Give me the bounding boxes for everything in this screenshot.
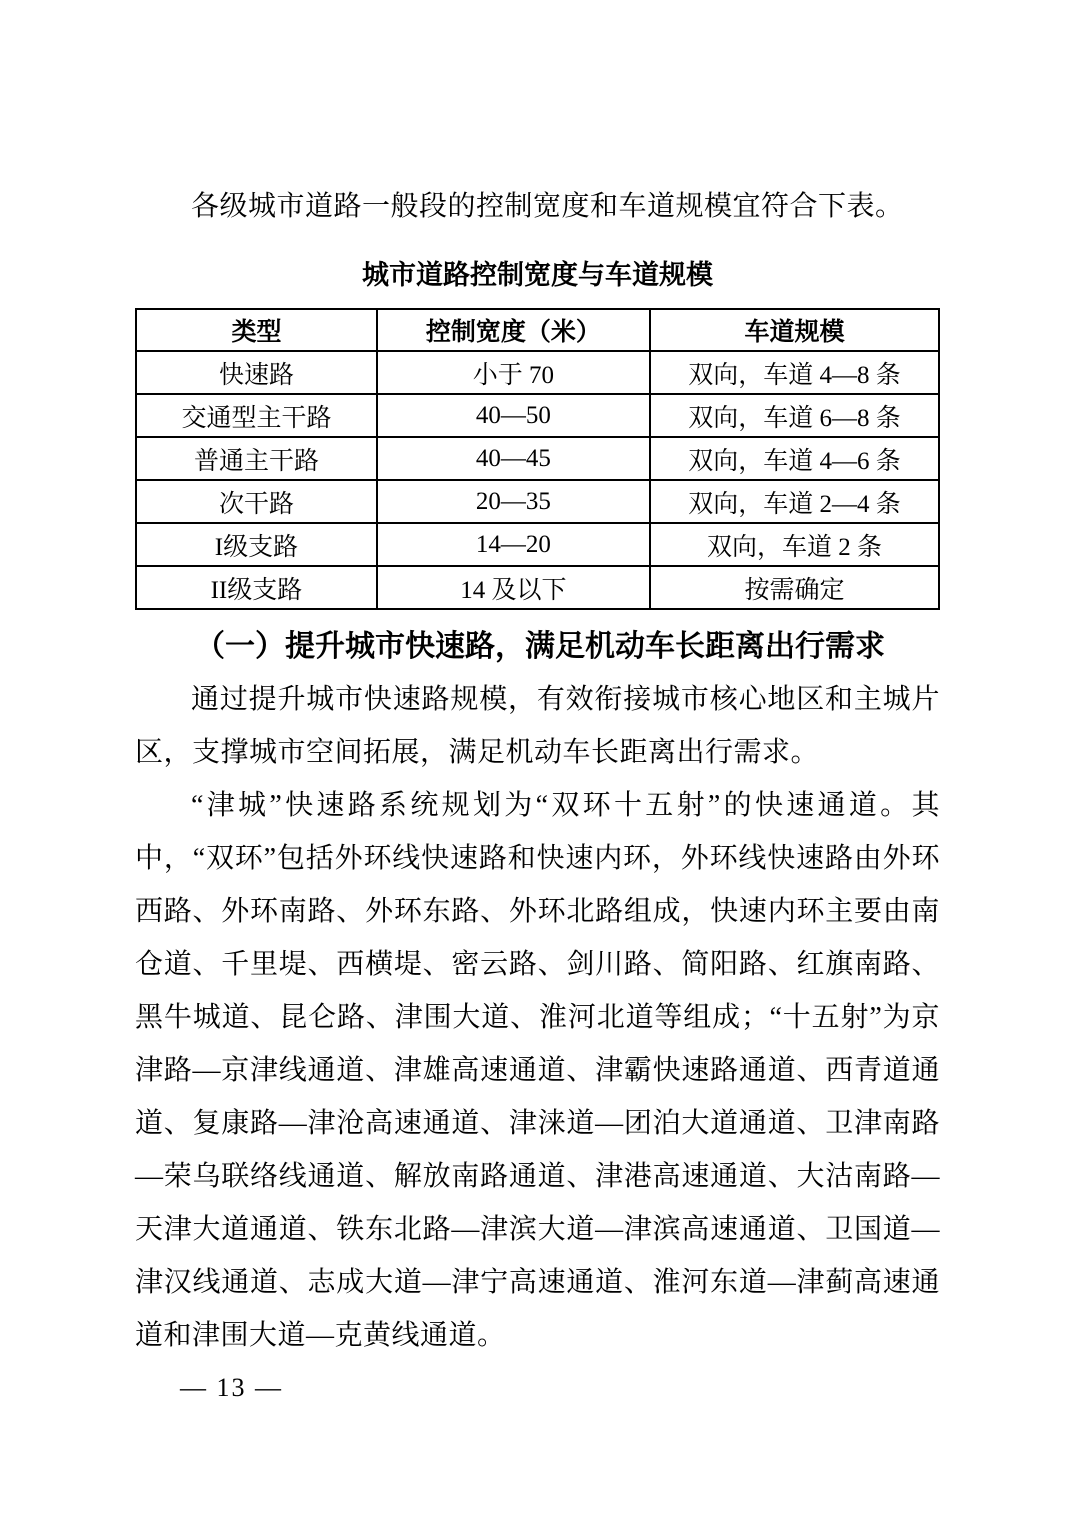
cell-type: 快速路 xyxy=(136,351,377,394)
cell-width: 40—50 xyxy=(377,394,650,437)
cell-width: 14—20 xyxy=(377,523,650,566)
cell-width: 14 及以下 xyxy=(377,566,650,609)
cell-lanes: 双向，车道 6—8 条 xyxy=(650,394,939,437)
table-header-row: 类型 控制宽度（米） 车道规模 xyxy=(136,309,939,351)
table-row: 交通型主干路 40—50 双向，车道 6—8 条 xyxy=(136,394,939,437)
cell-lanes: 双向，车道 2 条 xyxy=(650,523,939,566)
table-row: 次干路 20—35 双向，车道 2—4 条 xyxy=(136,480,939,523)
cell-type: 交通型主干路 xyxy=(136,394,377,437)
cell-width: 40—45 xyxy=(377,437,650,480)
section-heading: （一）提升城市快速路，满足机动车长距离出行需求 xyxy=(135,620,940,673)
header-control-width: 控制宽度（米） xyxy=(377,309,650,351)
header-lane-scale: 车道规模 xyxy=(650,309,939,351)
cell-lanes: 双向，车道 4—8 条 xyxy=(650,351,939,394)
cell-lanes: 双向，车道 2—4 条 xyxy=(650,480,939,523)
table-row: 快速路 小于 70 双向，车道 4—8 条 xyxy=(136,351,939,394)
cell-type: 次干路 xyxy=(136,480,377,523)
cell-type: II级支路 xyxy=(136,566,377,609)
page-number: — 13 — xyxy=(135,1370,940,1406)
cell-width: 20—35 xyxy=(377,480,650,523)
cell-width: 小于 70 xyxy=(377,351,650,394)
cell-type: 普通主干路 xyxy=(136,437,377,480)
table-row: I级支路 14—20 双向，车道 2 条 xyxy=(136,523,939,566)
header-type: 类型 xyxy=(136,309,377,351)
road-control-table: 类型 控制宽度（米） 车道规模 快速路 小于 70 双向，车道 4—8 条 交通… xyxy=(135,308,940,610)
table-title: 城市道路控制宽度与车道规模 xyxy=(135,255,940,295)
table-row: II级支路 14 及以下 按需确定 xyxy=(136,566,939,609)
cell-type: I级支路 xyxy=(136,523,377,566)
paragraph-expressway-goal: 通过提升城市快速路规模，有效衔接城市核心地区和主城片区，支撑城市空间拓展，满足机… xyxy=(135,673,940,779)
intro-paragraph: 各级城市道路一般段的控制宽度和车道规模宜符合下表。 xyxy=(135,180,940,233)
cell-lanes: 按需确定 xyxy=(650,566,939,609)
document-page: 各级城市道路一般段的控制宽度和车道规模宜符合下表。 城市道路控制宽度与车道规模 … xyxy=(0,0,1074,1520)
paragraph-expressway-network: “津城”快速路系统规划为“双环十五射”的快速通道。其中，“双环”包括外环线快速路… xyxy=(135,779,940,1362)
cell-lanes: 双向，车道 4—6 条 xyxy=(650,437,939,480)
table-row: 普通主干路 40—45 双向，车道 4—6 条 xyxy=(136,437,939,480)
